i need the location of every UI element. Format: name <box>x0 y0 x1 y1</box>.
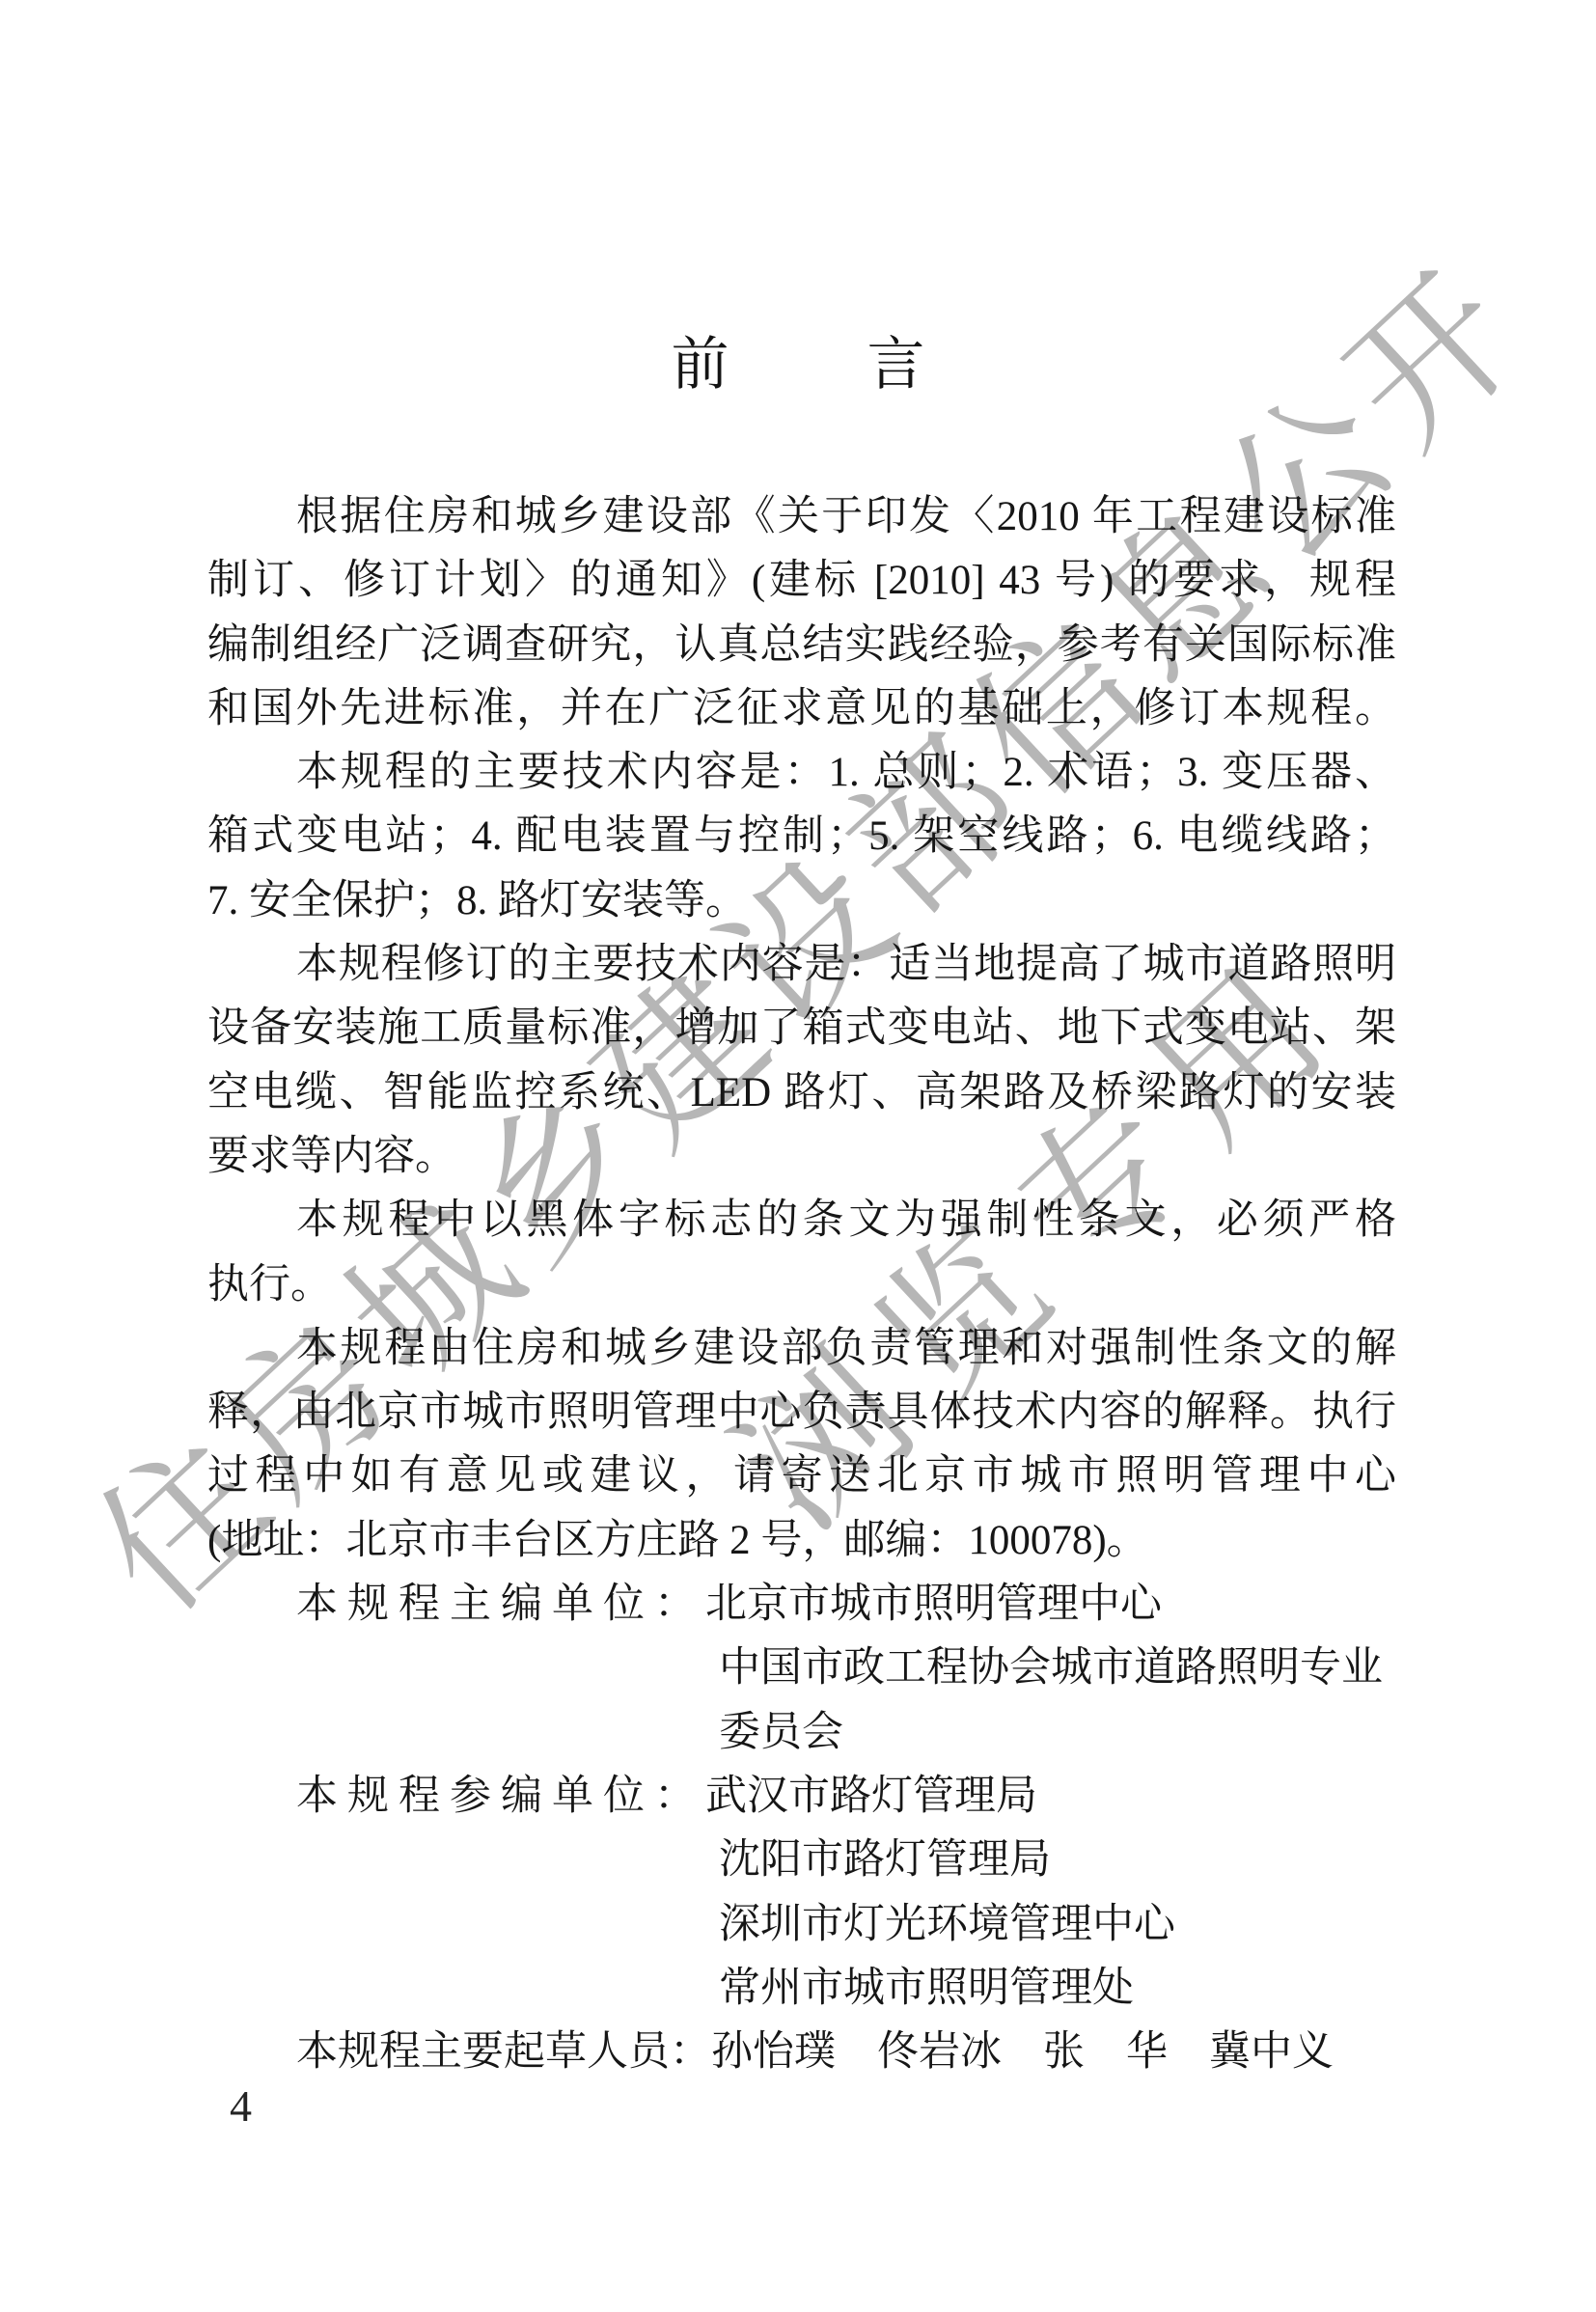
chief-editor-unit-cont: 中国市政工程协会城市道路照明专业 <box>207 1637 1396 1700</box>
drafters-names: 孙怡璞 佟岩冰 张 华 冀中义 <box>711 2029 1334 2075</box>
body-line: 空电缆、智能监控系统、LED 路灯、高架路及桥梁路灯的安装 <box>207 1061 1396 1125</box>
body-line: 和国外先进标准，并在广泛征求意见的基础上，修订本规程。 <box>207 677 1396 741</box>
body-line: 本规程中以黑体字标志的条文为强制性条文，必须严格 <box>207 1189 1396 1252</box>
body-line: 编制组经广泛调查研究，认真总结实践经验，参考有关国际标准 <box>207 614 1396 677</box>
title-char-1: 前 <box>672 318 729 401</box>
document-page: 住房城乡建设部信息公开 浏览专用 前 言 根据住房和城乡建设部《关于印发〈201… <box>0 0 1596 2312</box>
body-line: 箱式变电站；4. 配电装置与控制；5. 架空线路；6. 电缆线路； <box>207 805 1396 868</box>
chief-editor-unit-line: 本规程主编单位：北京市城市照明管理中心 <box>207 1573 1396 1637</box>
body-line: 过程中如有意见或建议，请寄送北京市城市照明管理中心 <box>207 1445 1396 1508</box>
chief-editor-unit-label: 本规程主编单位： <box>296 1582 705 1627</box>
body-line: 7. 安全保护；8. 路灯安装等。 <box>207 869 1396 933</box>
body-line: 执行。 <box>207 1253 1396 1317</box>
title-char-2: 言 <box>867 318 925 401</box>
body-line: 本规程修订的主要技术内容是：适当地提高了城市道路照明 <box>207 933 1396 997</box>
drafters-line: 本规程主要起草人员：孙怡璞 佟岩冰 张 华 冀中义 <box>207 2021 1396 2084</box>
body-line: 本规程的主要技术内容是：1. 总则；2. 术语；3. 变压器、 <box>207 741 1396 805</box>
participating-unit-line: 本规程参编单位：武汉市路灯管理局 <box>207 1765 1396 1829</box>
body-line: 要求等内容。 <box>207 1125 1396 1189</box>
body-line: (地址：北京市丰台区方庄路 2 号，邮编：100078)。 <box>207 1509 1396 1573</box>
body-line: 设备安装施工质量标准，增加了箱式变电站、地下式变电站、架 <box>207 997 1396 1060</box>
page-title: 前 言 <box>0 318 1596 401</box>
participating-unit-cont: 深圳市灯光环境管理中心 <box>207 1893 1396 1957</box>
participating-unit-cont: 沈阳市路灯管理局 <box>207 1829 1396 1892</box>
body-text: 根据住房和城乡建设部《关于印发〈2010 年工程建设标准 制订、修订计划〉的通知… <box>207 485 1396 2084</box>
drafters-label: 本规程主要起草人员： <box>296 2029 711 2075</box>
participating-unit-value: 武汉市路灯管理局 <box>705 1774 1037 1819</box>
participating-unit-label: 本规程参编单位： <box>296 1774 705 1819</box>
body-line: 制订、修订计划〉的通知》(建标 [2010] 43 号) 的要求，规程 <box>207 549 1396 613</box>
body-line: 本规程由住房和城乡建设部负责管理和对强制性条文的解 <box>207 1317 1396 1381</box>
body-line: 根据住房和城乡建设部《关于印发〈2010 年工程建设标准 <box>207 485 1396 549</box>
chief-editor-unit-cont: 委员会 <box>207 1701 1396 1765</box>
page-number: 4 <box>230 2080 252 2132</box>
participating-unit-cont: 常州市城市照明管理处 <box>207 1957 1396 2021</box>
chief-editor-unit-value: 北京市城市照明管理中心 <box>705 1582 1162 1627</box>
body-line: 释，由北京市城市照明管理中心负责具体技术内容的解释。执行 <box>207 1381 1396 1445</box>
